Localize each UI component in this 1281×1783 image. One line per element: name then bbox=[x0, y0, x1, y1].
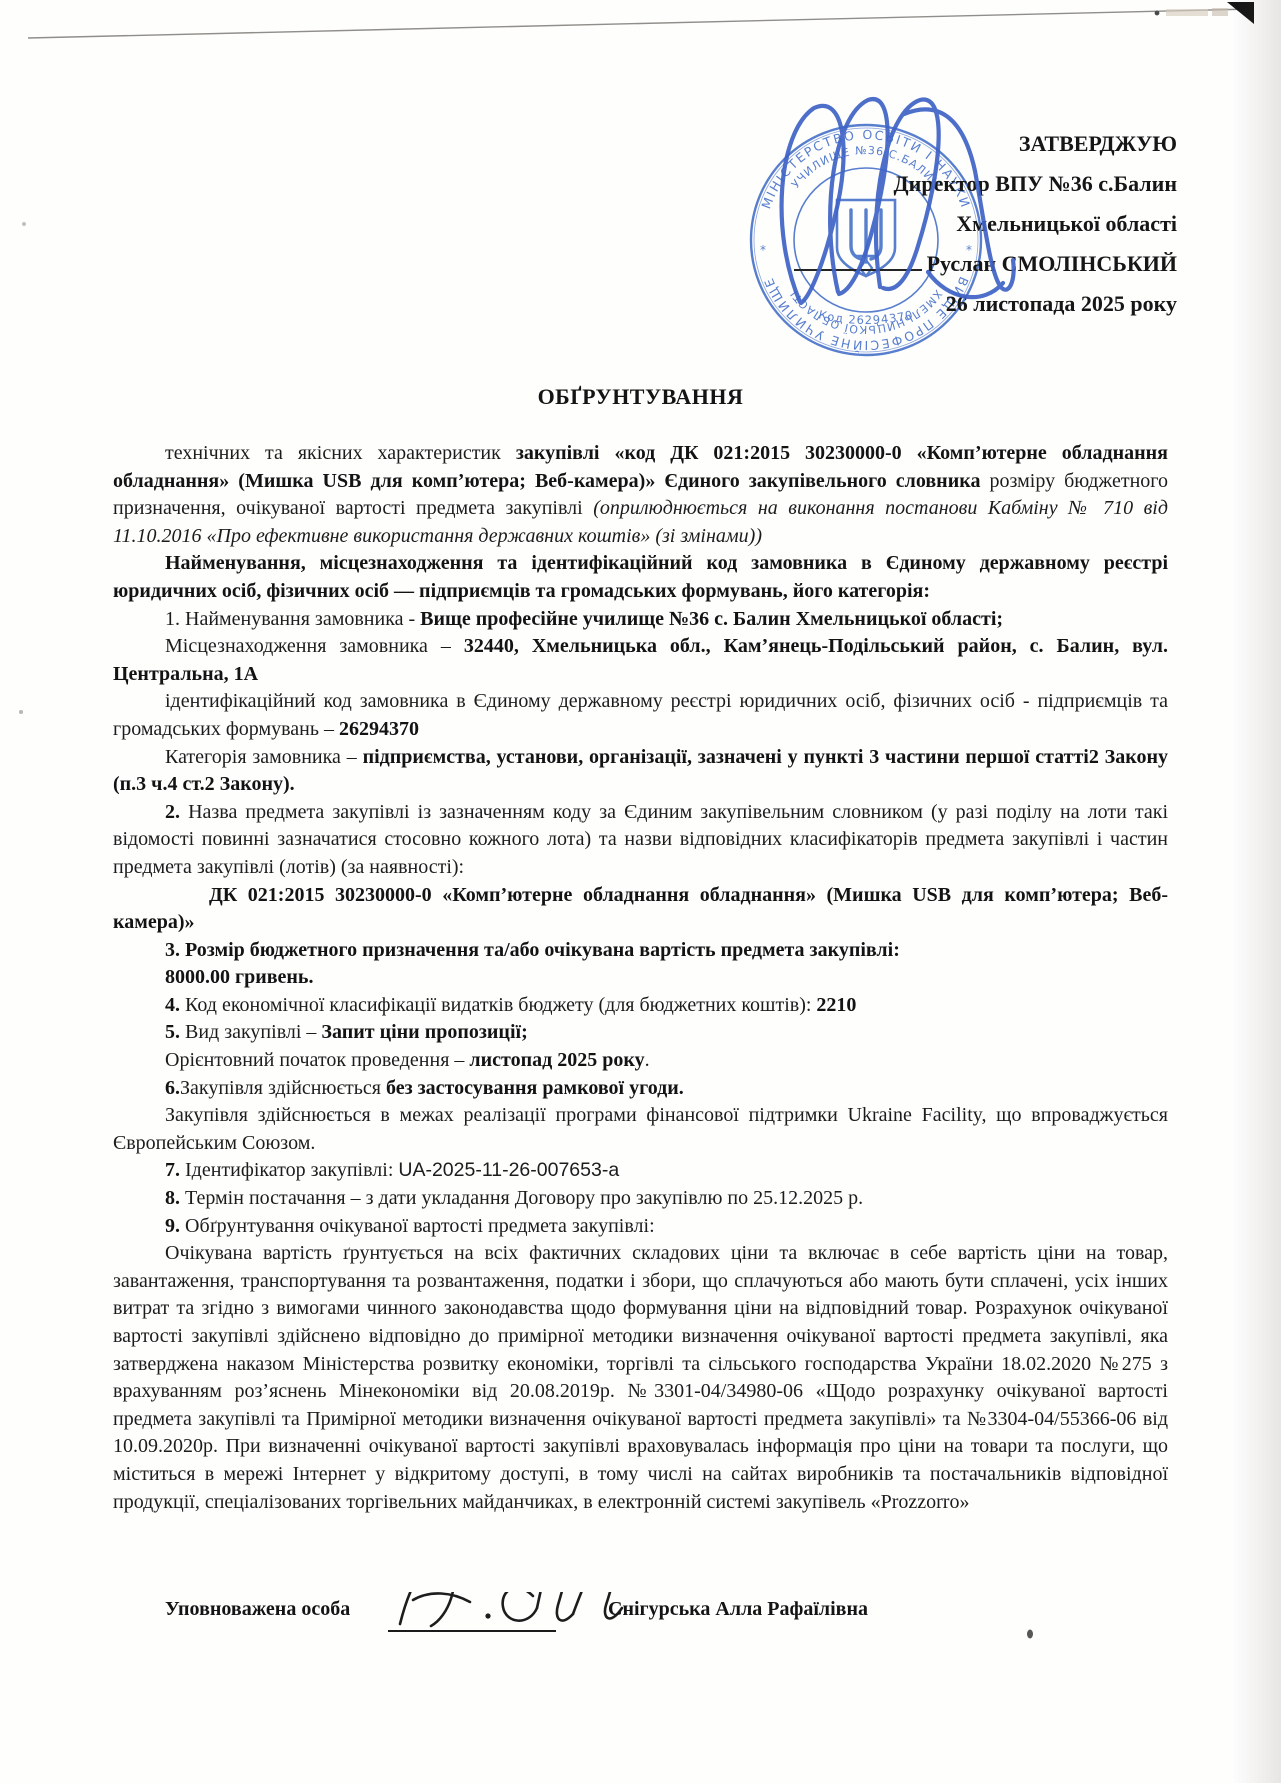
text-run: Категорія замовника – bbox=[165, 746, 363, 768]
text-run: 3. Розмір бюджетного призначення та/або … bbox=[165, 939, 900, 961]
paragraph: ідентифікаційний код замовника в Єдиному… bbox=[113, 688, 1168, 743]
text-run: 4. bbox=[165, 994, 185, 1016]
paragraph: 6.Закупівля здійснюється без застосуванн… bbox=[113, 1075, 1168, 1103]
text-run: Закупівля здійснюється bbox=[180, 1077, 386, 1099]
paragraph: Найменування, місцезнаходження та іденти… bbox=[113, 550, 1168, 605]
text-run: 6. bbox=[165, 1077, 180, 1099]
text-run: Орієнтовний початок проведення – bbox=[165, 1049, 469, 1071]
paragraph: 5. Вид закупівлі – Запит ціни пропозиції… bbox=[113, 1019, 1168, 1047]
text-run: ідентифікаційний код замовника в Єдиному… bbox=[113, 690, 1168, 740]
text-run: Назва предмета закупівлі із зазначенням … bbox=[113, 801, 1168, 878]
scan-edge-line bbox=[28, 9, 1252, 38]
seal-star-left: * bbox=[760, 243, 766, 257]
text-run: листопад 2025 року bbox=[469, 1049, 644, 1071]
approval-block: ЗАТВЕРДЖУЮ Директор ВПУ №36 с.Балин Хмел… bbox=[794, 124, 1177, 324]
text-run: Вище професійне училище №36 с. Балин Хме… bbox=[420, 608, 1003, 630]
scan-speck bbox=[22, 222, 26, 226]
scan-smudge bbox=[1212, 8, 1228, 16]
authorized-person-label: Уповноважена особа bbox=[165, 1598, 350, 1621]
signature-underline bbox=[388, 1630, 556, 1632]
text-run: Найменування, місцезнаходження та іденти… bbox=[113, 552, 1168, 602]
text-run: 9. bbox=[165, 1215, 185, 1237]
text-run: Ідентифікатор закупівлі: bbox=[185, 1159, 398, 1181]
paragraph: 1. Найменування замовника - Вище професі… bbox=[113, 606, 1168, 634]
text-run: 26294370 bbox=[339, 718, 419, 740]
text-run: . bbox=[645, 1049, 650, 1071]
text-run: 2210 bbox=[816, 994, 856, 1016]
text-run: 7. bbox=[165, 1159, 185, 1181]
text-run: без застосування рамкової угоди. bbox=[386, 1077, 684, 1099]
document-title: ОБҐРУНТУВАННЯ bbox=[113, 384, 1168, 410]
approval-region-line: Хмельницької області bbox=[794, 204, 1177, 244]
approval-director-line: Директор ВПУ №36 с.Балин bbox=[794, 164, 1177, 204]
text-run: Код економічної класифікації видатків бю… bbox=[185, 994, 816, 1016]
text-run: Вид закупівлі – bbox=[185, 1021, 321, 1043]
paragraph: 8000.00 гривень. bbox=[113, 964, 1168, 992]
text-run: Обґрунтування очікуваної вартості предме… bbox=[185, 1215, 655, 1237]
paragraph: Місцезнаходження замовника – 32440, Хмел… bbox=[113, 633, 1168, 688]
paragraph: 3. Розмір бюджетного призначення та/або … bbox=[113, 937, 1168, 965]
paragraph: Орієнтовний початок проведення – листопа… bbox=[113, 1047, 1168, 1075]
paragraph: технічних та якісних характеристик закуп… bbox=[113, 440, 1168, 550]
scan-speck bbox=[1155, 11, 1160, 16]
text-run: Закупівля здійснюється в межах реалізаці… bbox=[113, 1104, 1168, 1154]
text-run: 1. Найменування замовника - bbox=[165, 608, 420, 630]
scan-smudge bbox=[1166, 9, 1208, 16]
document-content: ОБҐРУНТУВАННЯ технічних та якісних харак… bbox=[113, 384, 1168, 1516]
paragraph: 8. Термін постачання – з дати укладання … bbox=[113, 1185, 1168, 1213]
approval-signature-line bbox=[794, 247, 922, 271]
paragraph: 4. Код економічної класифікації видатків… bbox=[113, 992, 1168, 1020]
text-run: Очікувана вартість ґрунтується на всіх ф… bbox=[113, 1242, 1168, 1512]
approval-director-name: Руслан СМОЛІНСЬКИЙ bbox=[927, 251, 1177, 276]
scan-speck bbox=[19, 710, 23, 714]
text-run: Місцезнаходження замовника – bbox=[165, 635, 464, 657]
paragraph: 9. Обґрунтування очікуваної вартості пре… bbox=[113, 1213, 1168, 1241]
text-run: UA-2025-11-26-007653-a bbox=[398, 1159, 619, 1181]
paragraph: Категорія замовника – підприємства, уста… bbox=[113, 744, 1168, 799]
approval-title: ЗАТВЕРДЖУЮ bbox=[794, 124, 1177, 164]
text-run: технічних та якісних характеристик bbox=[165, 442, 516, 464]
scanner-shadow-band bbox=[1231, 0, 1281, 1783]
text-run: 8000.00 гривень. bbox=[165, 966, 314, 988]
paragraph: 2. Назва предмета закупівлі із зазначенн… bbox=[113, 799, 1168, 882]
paragraph: Очікувана вартість ґрунтується на всіх ф… bbox=[113, 1240, 1168, 1516]
approval-date: 26 листопада 2025 року bbox=[794, 284, 1177, 324]
text-run: Термін постачання – з дати укладання Дог… bbox=[185, 1187, 863, 1209]
paragraph: Закупівля здійснюється в межах реалізаці… bbox=[113, 1102, 1168, 1157]
text-run: 5. bbox=[165, 1021, 185, 1043]
paragraph: 7. Ідентифікатор закупівлі: UA-2025-11-2… bbox=[113, 1157, 1168, 1185]
scanned-document-page: ЗАТВЕРДЖУЮ Директор ВПУ №36 с.Балин Хмел… bbox=[0, 0, 1281, 1783]
approval-name-line: Руслан СМОЛІНСЬКИЙ bbox=[794, 244, 1177, 284]
text-run: 2. bbox=[165, 801, 188, 823]
document-body: технічних та якісних характеристик закуп… bbox=[113, 440, 1168, 1516]
paragraph: ДК 021:2015 30230000-0 «Комп’ютерне обла… bbox=[113, 882, 1168, 937]
authorized-person-name: Снігурська Алла Рафаїлівна bbox=[608, 1598, 868, 1621]
text-run: Запит ціни пропозиції; bbox=[321, 1021, 527, 1043]
text-run: ДК 021:2015 30230000-0 «Комп’ютерне обла… bbox=[113, 884, 1168, 934]
text-run: 8. bbox=[165, 1187, 185, 1209]
signature-block: Уповноважена особа Снігурська Алла Рафаї… bbox=[0, 1592, 1281, 1682]
